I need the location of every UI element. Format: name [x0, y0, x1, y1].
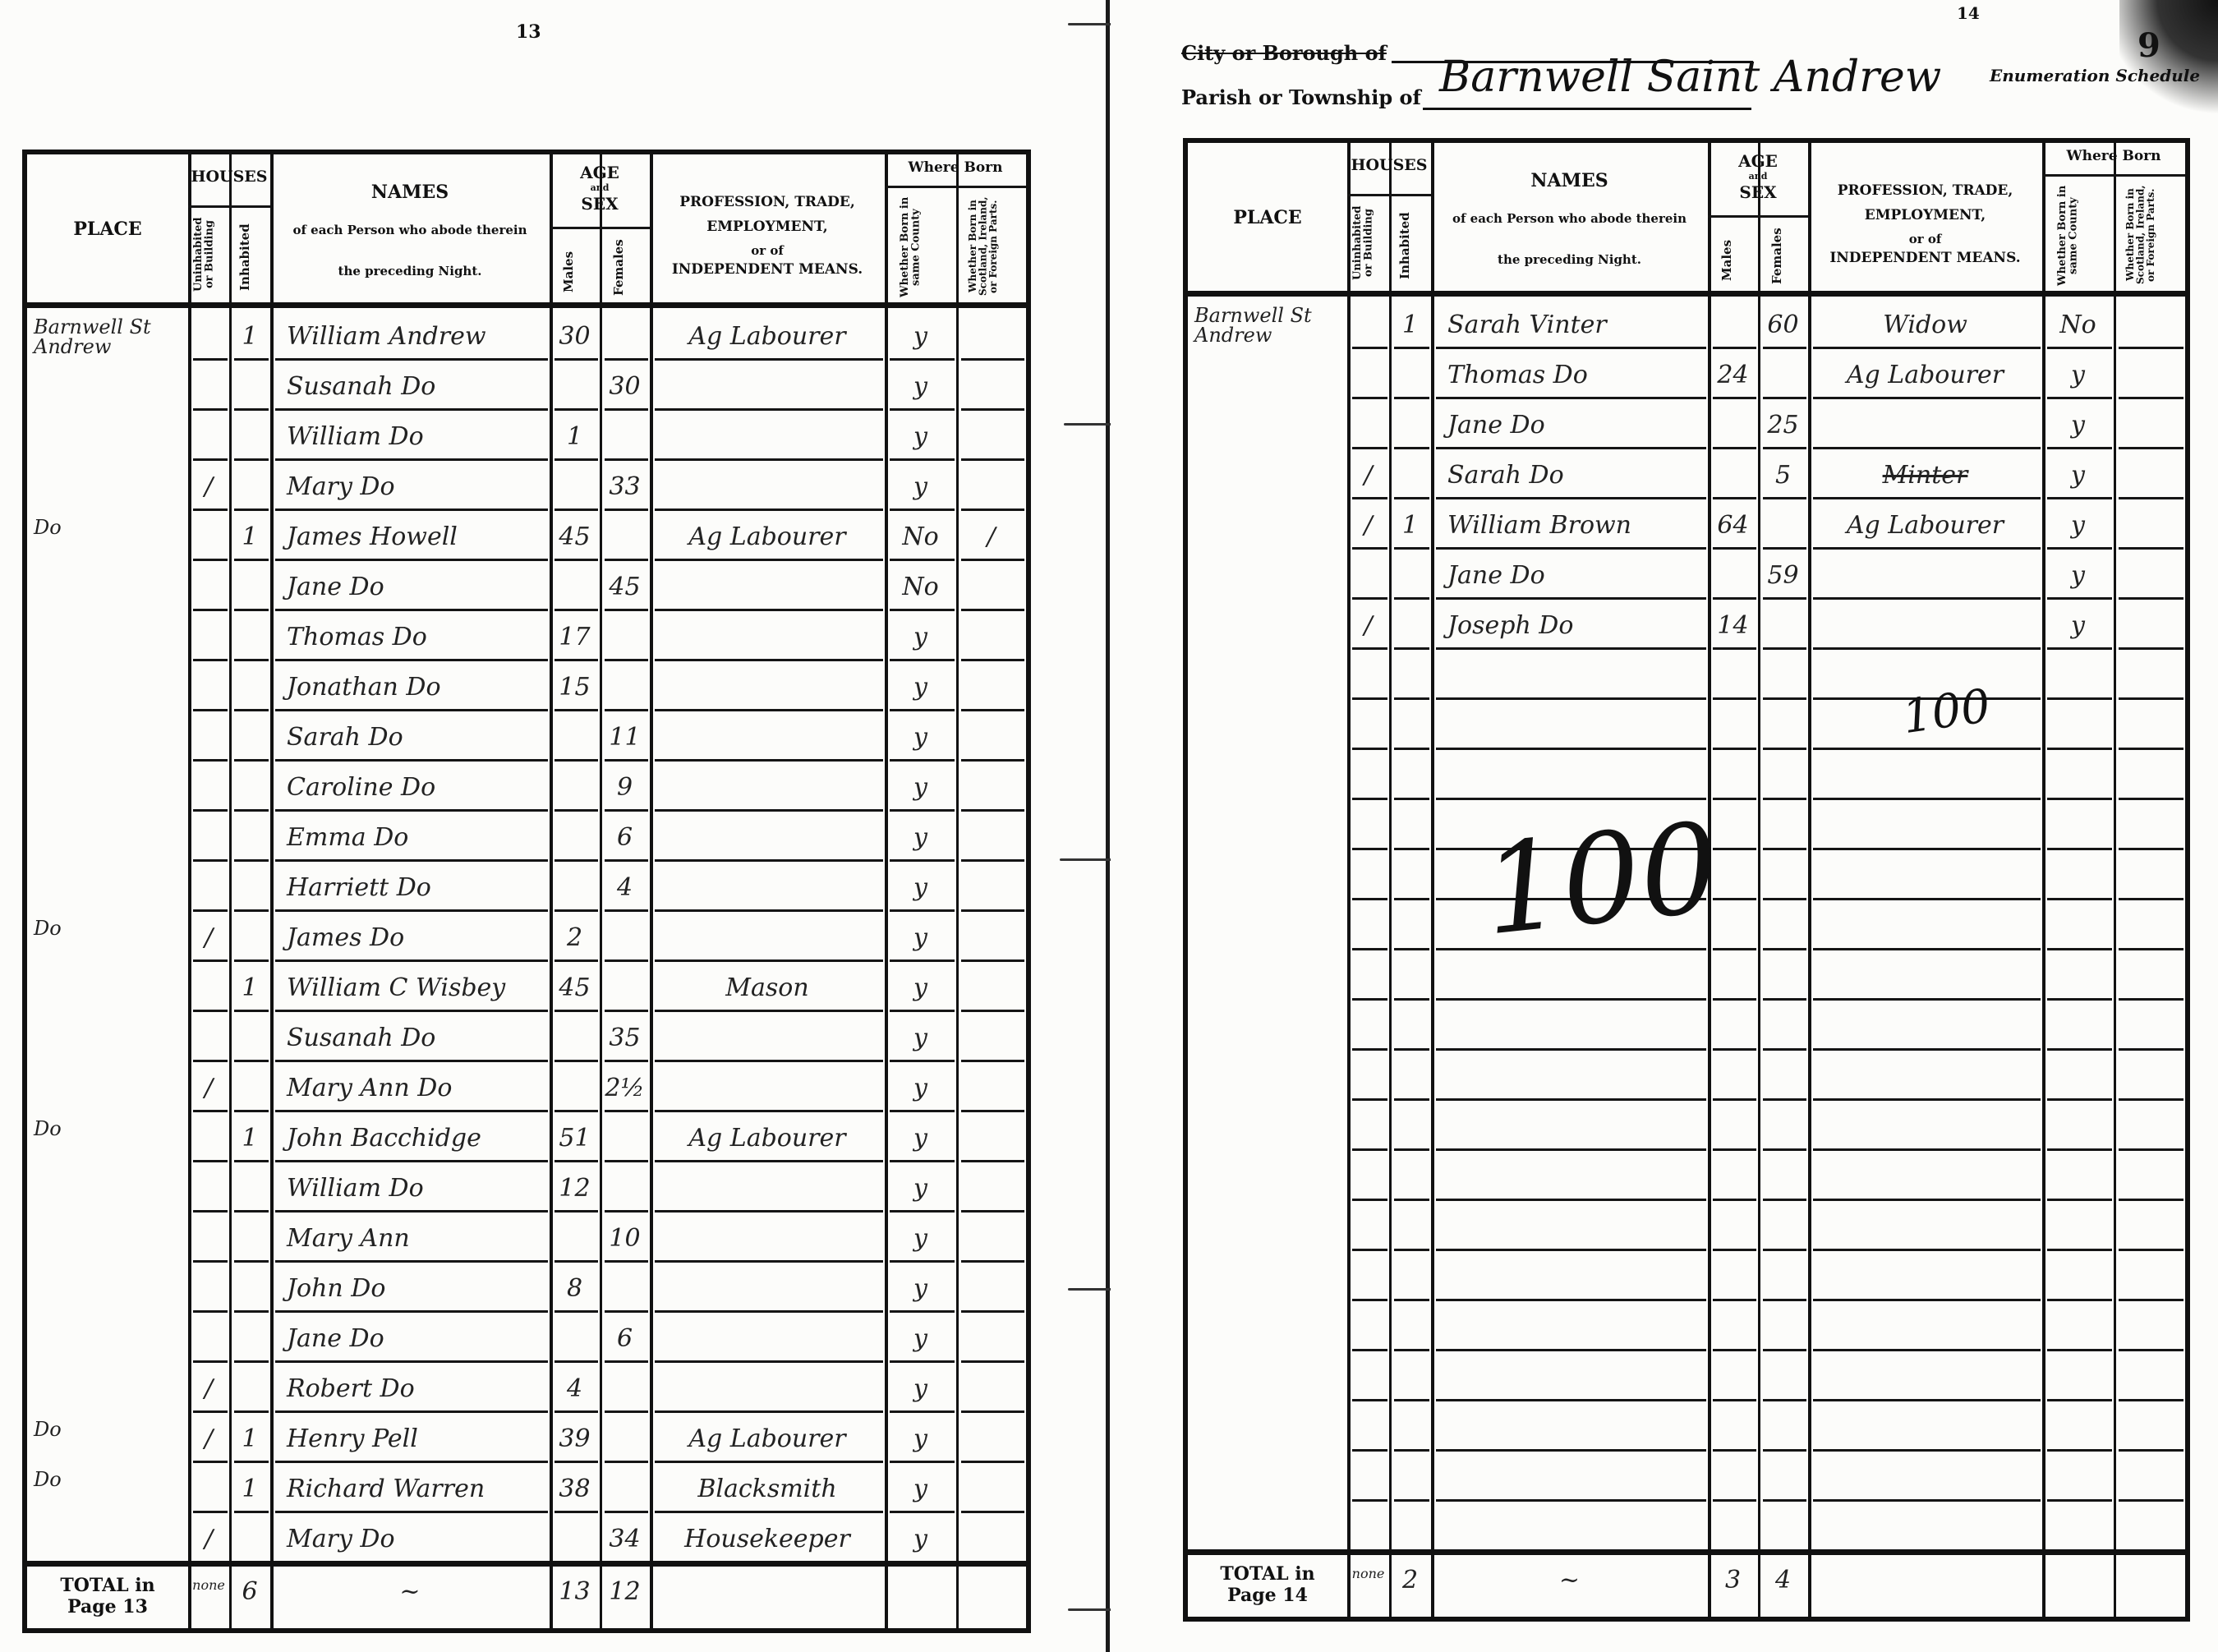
name-cell: Emma Do: [287, 823, 546, 852]
row-rule: [554, 1060, 598, 1062]
row-rule: [1436, 597, 1706, 600]
row-rule: [2119, 447, 2183, 449]
row-rule: [234, 609, 269, 611]
total-label-line1: TOTAL in: [1204, 1564, 1331, 1584]
row-rule: [961, 1410, 1024, 1413]
row-rule: [193, 408, 228, 411]
row-rule: [2047, 397, 2112, 399]
book-spine: [1106, 0, 1110, 1652]
header-same-county: Whether Born in same County: [2057, 182, 2093, 289]
age-subheader-divider: [550, 227, 650, 229]
column-divider: [1758, 143, 1760, 1617]
row-rule: [554, 959, 598, 962]
total-label-line2: Page 14: [1204, 1585, 1331, 1605]
row-rule: [554, 1461, 598, 1463]
same-county-cell: y: [885, 472, 956, 501]
houses-subheader-divider: [1347, 194, 1431, 196]
same-county-cell: y: [885, 1525, 956, 1553]
header-names: NAMES: [270, 183, 550, 202]
total-inhabited: 6: [229, 1577, 270, 1606]
foreign-parts-cell: /: [956, 522, 1026, 551]
row-rule: [1352, 697, 1387, 700]
row-rule: [1713, 347, 1756, 349]
row-rule: [193, 909, 228, 912]
row-rule: [1436, 1249, 1706, 1251]
row-rule: [961, 859, 1024, 862]
same-county-cell: y: [2042, 361, 2114, 389]
row-rule: [1713, 647, 1756, 650]
profession-cell: Ag Labourer: [650, 1124, 885, 1153]
row-rule: [554, 1410, 598, 1413]
row-rule: [1394, 848, 1429, 850]
row-rule: [554, 1210, 598, 1213]
header-age: AGE: [1708, 153, 1808, 170]
row-rule: [234, 458, 269, 461]
header-profession-3: or of: [1808, 233, 2042, 246]
header-divider: [27, 302, 1026, 308]
row-rule: [193, 1410, 228, 1413]
profession-cell: Ag Labourer: [1808, 511, 2042, 540]
male-age-cell: 2: [550, 923, 600, 952]
row-rule: [1813, 1148, 2041, 1151]
row-rule: [1763, 497, 1806, 499]
row-rule: [1763, 397, 1806, 399]
male-age-cell: 64: [1708, 511, 1758, 540]
row-rule: [1352, 1499, 1387, 1502]
same-county-cell: No: [885, 573, 956, 601]
row-rule: [1713, 697, 1756, 700]
header-males: Males: [1721, 233, 1741, 287]
name-cell: Henry Pell: [287, 1424, 546, 1453]
profession-cell: Widow: [1808, 311, 2042, 339]
age-subheader-divider: [1708, 215, 1808, 218]
row-rule: [1763, 1249, 1806, 1251]
row-rule: [1713, 1199, 1756, 1201]
row-rule: [1763, 748, 1806, 750]
female-age-cell: 5: [1758, 461, 1808, 490]
total-females: 12: [600, 1577, 650, 1606]
name-cell: Sarah Do: [1447, 461, 1705, 490]
inhabited-cell: 1: [229, 973, 270, 1002]
row-rule: [1394, 748, 1429, 750]
place-cell: Barnwell St Andrew: [34, 317, 185, 357]
name-cell: Sarah Do: [287, 723, 546, 752]
row-rule: [554, 1010, 598, 1012]
row-rule: [554, 809, 598, 812]
row-rule: [234, 959, 269, 962]
name-cell: Harriett Do: [287, 873, 546, 902]
row-rule: [890, 709, 955, 711]
row-rule: [655, 1461, 883, 1463]
name-cell: John Do: [287, 1274, 546, 1303]
row-rule: [655, 1160, 883, 1162]
column-divider: [1389, 143, 1392, 1617]
header-and: and: [1708, 172, 1808, 182]
row-rule: [275, 408, 548, 411]
row-rule: [193, 1160, 228, 1162]
row-rule: [890, 1410, 955, 1413]
row-rule: [961, 1110, 1024, 1112]
row-rule: [655, 1060, 883, 1062]
row-rule: [655, 458, 883, 461]
total-label-line1: TOTAL in: [44, 1576, 172, 1595]
male-age-cell: 30: [550, 322, 600, 351]
row-rule: [2119, 647, 2183, 650]
same-county-cell: y: [885, 322, 956, 351]
row-rule: [275, 609, 548, 611]
row-rule: [275, 358, 548, 361]
row-rule: [193, 508, 228, 511]
same-county-cell: y: [885, 1024, 956, 1052]
uninhabited-cell: /: [188, 472, 229, 501]
header-females: Females: [1771, 225, 1791, 287]
row-rule: [1813, 597, 2041, 600]
row-rule: [655, 1511, 883, 1513]
header-profession-1: PROFESSION, TRADE,: [1808, 184, 2042, 199]
uninhabited-cell: /: [188, 1424, 229, 1453]
row-rule: [2119, 497, 2183, 499]
row-rule: [1713, 948, 1756, 950]
male-age-cell: 45: [550, 522, 600, 551]
row-rule: [605, 1461, 648, 1463]
row-rule: [1394, 898, 1429, 900]
row-rule: [1394, 1249, 1429, 1251]
left-page: 13 PLACEHOUSESUninhabited or BuildingInh…: [0, 0, 1109, 1652]
row-rule: [2119, 597, 2183, 600]
row-rule: [554, 508, 598, 511]
row-rule: [2047, 1249, 2112, 1251]
row-rule: [2047, 998, 2112, 1001]
row-rule: [961, 1461, 1024, 1463]
row-rule: [554, 709, 598, 711]
same-county-cell: y: [885, 422, 956, 451]
row-rule: [605, 709, 648, 711]
row-rule: [1352, 1199, 1387, 1201]
row-rule: [1813, 1349, 2041, 1351]
row-rule: [961, 909, 1024, 912]
row-rule: [1813, 848, 2041, 850]
row-rule: [554, 1310, 598, 1313]
row-rule: [961, 1511, 1024, 1513]
column-divider: [650, 154, 653, 1628]
same-county-cell: y: [2042, 611, 2114, 640]
row-rule: [1352, 1449, 1387, 1452]
header-females: Females: [613, 237, 633, 298]
profession-cell: Housekeeper: [650, 1525, 885, 1553]
row-rule: [2047, 347, 2112, 349]
row-rule: [1713, 748, 1756, 750]
row-rule: [1713, 497, 1756, 499]
row-rule: [554, 1511, 598, 1513]
same-county-cell: y: [885, 973, 956, 1002]
row-rule: [1763, 1399, 1806, 1401]
parish-label-text: Parish or Township of: [1181, 85, 1421, 109]
row-rule: [1713, 1299, 1756, 1301]
row-rule: [1813, 397, 2041, 399]
row-rule: [2047, 848, 2112, 850]
header-and: and: [550, 183, 650, 193]
row-rule: [193, 1461, 228, 1463]
uninhabited-cell: /: [188, 1525, 229, 1553]
total-males: 13: [550, 1577, 600, 1606]
female-age-cell: 6: [600, 823, 650, 852]
row-rule: [275, 1010, 548, 1012]
row-rule: [275, 1461, 548, 1463]
row-rule: [605, 1060, 648, 1062]
row-rule: [890, 408, 955, 411]
male-age-cell: 17: [550, 623, 600, 651]
row-rule: [961, 1210, 1024, 1213]
row-rule: [1394, 1299, 1429, 1301]
male-age-cell: 38: [550, 1475, 600, 1503]
same-county-cell: y: [885, 873, 956, 902]
row-rule: [2119, 798, 2183, 800]
header-inhabited: Inhabited: [239, 220, 259, 294]
name-cell: Mary Ann Do: [287, 1074, 546, 1102]
row-rule: [275, 559, 548, 561]
row-rule: [2119, 1148, 2183, 1151]
name-cell: Susanah Do: [287, 372, 546, 401]
header-names-sub2: the preceding Night.: [270, 265, 550, 278]
row-rule: [961, 1310, 1024, 1313]
uninhabited-cell: /: [188, 923, 229, 952]
profession-cell: Minter: [1808, 461, 2042, 490]
row-rule: [1763, 1449, 1806, 1452]
row-rule: [234, 1010, 269, 1012]
header-houses: HOUSES: [1347, 158, 1431, 174]
row-rule: [1436, 647, 1706, 650]
total-names: ~: [1431, 1566, 1708, 1594]
same-county-cell: y: [2042, 411, 2114, 439]
uninhabited-cell: /: [1347, 461, 1389, 490]
row-rule: [234, 659, 269, 661]
header-divider: [1188, 291, 2185, 297]
tally-annotation-names: 100: [1477, 797, 1726, 964]
row-rule: [234, 859, 269, 862]
row-rule: [554, 358, 598, 361]
female-age-cell: 10: [600, 1224, 650, 1253]
same-county-cell: y: [885, 923, 956, 952]
row-rule: [1713, 1449, 1756, 1452]
header-inhabited: Inhabited: [1399, 209, 1419, 283]
same-county-cell: y: [2042, 461, 2114, 490]
parish-line: [1423, 108, 1751, 110]
row-rule: [605, 809, 648, 812]
row-rule: [275, 1310, 548, 1313]
row-rule: [1713, 998, 1756, 1001]
row-rule: [1394, 1148, 1429, 1151]
female-age-cell: 6: [600, 1324, 650, 1353]
row-rule: [605, 1160, 648, 1162]
place-cell: Barnwell St Andrew: [1194, 306, 1344, 345]
name-cell: William Do: [287, 422, 546, 451]
row-rule: [1436, 697, 1706, 700]
row-rule: [1394, 998, 1429, 1001]
row-rule: [961, 1160, 1024, 1162]
row-rule: [1813, 1399, 2041, 1401]
row-rule: [193, 1060, 228, 1062]
total-males: 3: [1708, 1566, 1758, 1594]
row-rule: [275, 1110, 548, 1112]
row-rule: [1436, 1399, 1706, 1401]
row-rule: [2047, 1449, 2112, 1452]
row-rule: [961, 408, 1024, 411]
row-rule: [193, 1360, 228, 1363]
row-rule: [961, 759, 1024, 762]
uninhabited-cell: /: [1347, 611, 1389, 640]
row-rule: [1713, 397, 1756, 399]
row-rule: [890, 1310, 955, 1313]
row-rule: [890, 759, 955, 762]
row-rule: [890, 1461, 955, 1463]
row-rule: [1763, 597, 1806, 600]
row-rule: [1813, 1199, 2041, 1201]
row-rule: [1763, 547, 1806, 550]
row-rule: [2119, 998, 2183, 1001]
row-rule: [2119, 1199, 2183, 1201]
row-rule: [1763, 1148, 1806, 1151]
row-rule: [2119, 1399, 2183, 1401]
row-rule: [655, 859, 883, 862]
same-county-cell: y: [885, 1324, 956, 1353]
row-rule: [1436, 1098, 1706, 1101]
row-rule: [554, 859, 598, 862]
row-rule: [1763, 447, 1806, 449]
row-rule: [193, 1310, 228, 1313]
row-rule: [605, 1360, 648, 1363]
female-age-cell: 30: [600, 372, 650, 401]
row-rule: [1763, 1299, 1806, 1301]
row-rule: [2047, 1499, 2112, 1502]
header-profession-4: INDEPENDENT MEANS.: [650, 263, 885, 278]
row-rule: [193, 1210, 228, 1213]
row-rule: [1394, 798, 1429, 800]
total-uninhabited: none: [1347, 1566, 1389, 1581]
female-age-cell: 35: [600, 1024, 650, 1052]
name-cell: William Andrew: [287, 322, 546, 351]
name-cell: Jane Do: [1447, 561, 1705, 590]
male-age-cell: 8: [550, 1274, 600, 1303]
row-rule: [890, 1010, 955, 1012]
row-rule: [1813, 998, 2041, 1001]
row-rule: [234, 1210, 269, 1213]
column-divider: [1431, 143, 1434, 1617]
row-rule: [1813, 447, 2041, 449]
row-rule: [655, 1410, 883, 1413]
row-rule: [1813, 1299, 2041, 1301]
row-rule: [1394, 1048, 1429, 1051]
row-rule: [2119, 697, 2183, 700]
census-table-left: PLACEHOUSESUninhabited or BuildingInhabi…: [22, 150, 1031, 1633]
row-rule: [655, 1010, 883, 1012]
row-rule: [275, 859, 548, 862]
row-rule: [1394, 1199, 1429, 1201]
header-sex: SEX: [550, 196, 650, 213]
row-rule: [605, 659, 648, 661]
row-rule: [1763, 347, 1806, 349]
same-county-cell: y: [885, 1074, 956, 1102]
same-county-cell: No: [2042, 311, 2114, 339]
row-rule: [1436, 347, 1706, 349]
row-rule: [1763, 1499, 1806, 1502]
row-rule: [234, 1461, 269, 1463]
column-divider: [270, 154, 274, 1628]
row-rule: [2119, 748, 2183, 750]
inhabited-cell: 1: [229, 322, 270, 351]
row-rule: [2047, 748, 2112, 750]
row-rule: [1352, 1399, 1387, 1401]
row-rule: [1436, 497, 1706, 499]
row-rule: [890, 1110, 955, 1112]
same-county-cell: y: [885, 1124, 956, 1153]
male-age-cell: 1: [550, 422, 600, 451]
row-rule: [2047, 1148, 2112, 1151]
row-rule: [961, 709, 1024, 711]
inhabited-cell: 1: [229, 1424, 270, 1453]
row-rule: [961, 508, 1024, 511]
row-rule: [605, 909, 648, 912]
row-rule: [234, 1160, 269, 1162]
row-rule: [234, 809, 269, 812]
row-rule: [1763, 998, 1806, 1001]
name-cell: John Bacchidge: [287, 1124, 546, 1153]
total-divider: [1188, 1549, 2185, 1555]
row-rule: [554, 909, 598, 912]
row-rule: [961, 959, 1024, 962]
row-rule: [1394, 697, 1429, 700]
total-label-line2: Page 13: [44, 1597, 172, 1617]
name-cell: William Brown: [1447, 511, 1705, 540]
row-rule: [961, 358, 1024, 361]
row-rule: [193, 1260, 228, 1263]
header-profession-2: EMPLOYMENT,: [1808, 209, 2042, 223]
male-age-cell: 45: [550, 973, 600, 1002]
row-rule: [275, 909, 548, 912]
row-rule: [1352, 497, 1387, 499]
name-cell: Mary Do: [287, 472, 546, 501]
name-cell: Jane Do: [287, 573, 546, 601]
row-rule: [275, 508, 548, 511]
uninhabited-cell: /: [188, 1074, 229, 1102]
profession-cell: Ag Labourer: [650, 1424, 885, 1453]
where-born-subheader-divider: [2042, 174, 2185, 177]
same-county-cell: y: [2042, 511, 2114, 540]
inhabited-cell: 1: [229, 1124, 270, 1153]
row-rule: [193, 759, 228, 762]
same-county-cell: No: [885, 522, 956, 551]
profession-cell: Blacksmith: [650, 1475, 885, 1503]
row-rule: [275, 1410, 548, 1413]
row-rule: [234, 709, 269, 711]
row-rule: [1713, 798, 1756, 800]
row-rule: [1352, 397, 1387, 399]
row-rule: [1713, 1048, 1756, 1051]
row-rule: [1813, 1098, 2041, 1101]
same-county-cell: y: [885, 1475, 956, 1503]
row-rule: [1352, 1148, 1387, 1151]
header-profession-2: EMPLOYMENT,: [650, 220, 885, 235]
tally-annotation-profession: 100: [1899, 679, 1994, 744]
row-rule: [655, 559, 883, 561]
header-profession-1: PROFESSION, TRADE,: [650, 196, 885, 210]
row-rule: [193, 358, 228, 361]
row-rule: [1813, 547, 2041, 550]
total-inhabited: 2: [1389, 1566, 1431, 1594]
row-rule: [890, 358, 955, 361]
row-rule: [275, 1210, 548, 1213]
row-rule: [2119, 1499, 2183, 1502]
row-rule: [961, 559, 1024, 561]
